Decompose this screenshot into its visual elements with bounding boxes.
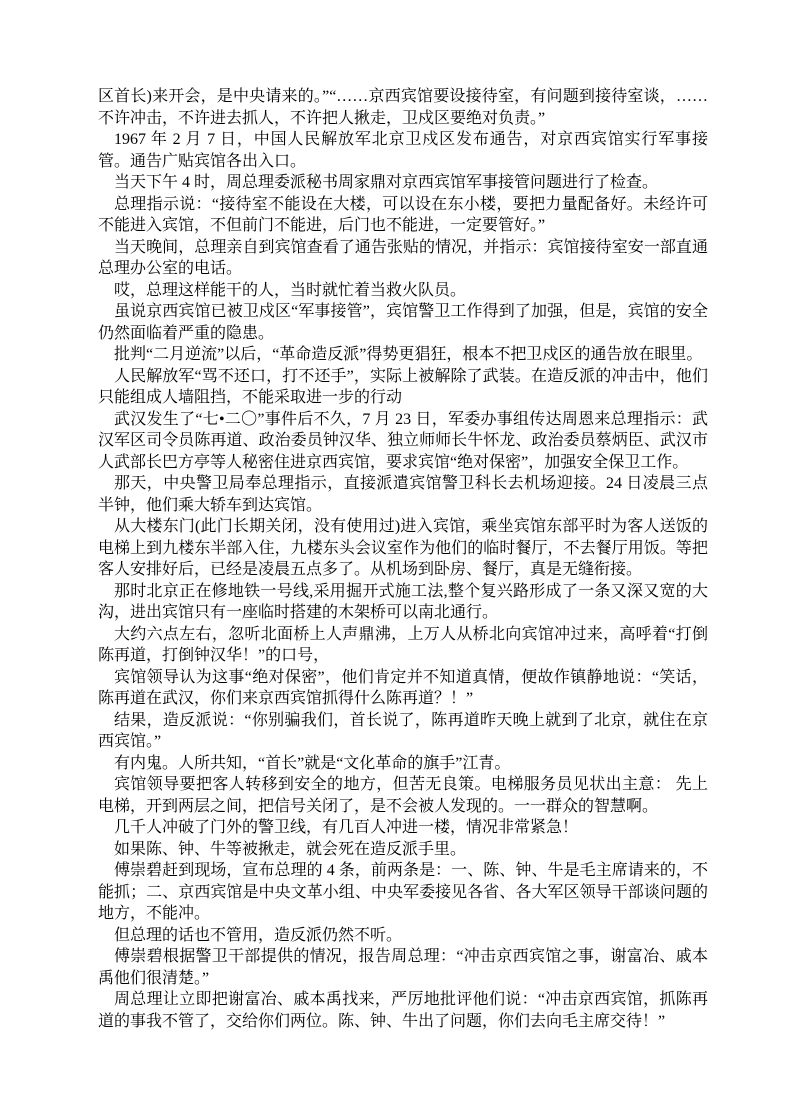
paragraph: 大约六点左右，忽听北面桥上人声鼎沸，上万人从桥北向宾馆冲过来，高呼着“打倒陈再道…: [98, 624, 708, 667]
paragraph: 宾馆领导要把客人转移到安全的地方，但苦无良策。电梯服务员见状出主意： 先上电梯，…: [98, 774, 708, 817]
paragraph: 总理指示说：“接待室不能设在大楼，可以设在东小楼，要把力量配备好。未经许可不能进…: [98, 194, 708, 237]
paragraph: 1967 年 2 月 7 日，中国人民解放军北京卫戍区发布通告，对京西宾馆实行军…: [98, 129, 708, 172]
document-text-block: 区首长)来开会，是中央请来的。”“……京西宾馆要设接待室，有问题到接待室谈，………: [98, 86, 708, 1032]
paragraph: 有内鬼。人所共知，“首长”就是“文化革命的旗手”江青。: [98, 753, 708, 775]
paragraph: 区首长)来开会，是中央请来的。”“……京西宾馆要设接待室，有问题到接待室谈，………: [98, 86, 708, 129]
paragraph: 武汉发生了“七•二〇”事件后不久，7 月 23 日，军委办事组传达周恩来总理指示…: [98, 409, 708, 474]
paragraph: 当天下午 4 时，周总理委派秘书周家鼎对京西宾馆军事接管问题进行了检查。: [98, 172, 708, 194]
paragraph: 人民解放军“骂不还口，打不还手”，实际上被解除了武装。在造反派的冲击中，他们只能…: [98, 366, 708, 409]
paragraph: 傅崇碧根据警卫干部提供的情况，报告周总理：“冲击京西宾馆之事，谢富冶、戚本禹他们…: [98, 946, 708, 989]
paragraph: 结果，造反派说：“你别骗我们，首长说了，陈再道昨天晚上就到了北京，就住在京西宾馆…: [98, 710, 708, 753]
paragraph: 宾馆领导认为这事“绝对保密”，他们肯定并不知道真情，便故作镇静地说：“笑话，陈再…: [98, 667, 708, 710]
paragraph: 那时北京正在修地铁一号线,采用掘开式施工法,整个复兴路形成了一条又深又宽的大沟，…: [98, 581, 708, 624]
paragraph: 但总理的话也不管用，造反派仍然不听。: [98, 925, 708, 947]
paragraph: 批判“二月逆流”以后，“革命造反派”得势更猖狂，根本不把卫戍区的通告放在眼里。: [98, 344, 708, 366]
document-page: 区首长)来开会，是中央请来的。”“……京西宾馆要设接待室，有问题到接待室谈，………: [0, 0, 800, 1100]
paragraph: 傅崇碧赶到现场，宣布总理的 4 条，前两条是：一、陈、钟、牛是毛主席请来的，不能…: [98, 860, 708, 925]
paragraph: 哎，总理这样能干的人，当时就忙着当救火队员。: [98, 280, 708, 302]
paragraph: 如果陈、钟、牛等被揪走，就会死在造反派手里。: [98, 839, 708, 861]
paragraph: 周总理让立即把谢富冶、戚本禹找来，严厉地批评他们说：“冲击京西宾馆，抓陈再道的事…: [98, 989, 708, 1032]
paragraph: 当天晚间，总理亲自到宾馆查看了通告张贴的情况，并指示：宾馆接待室安一部直通总理办…: [98, 237, 708, 280]
paragraph: 从大楼东门(此门长期关闭，没有使用过)进入宾馆，乘坐宾馆东部平时为客人送饭的电梯…: [98, 516, 708, 581]
paragraph: 那天，中央警卫局奉总理指示，直接派遣宾馆警卫科长去机场迎接。24 日凌晨三点半钟…: [98, 473, 708, 516]
paragraph: 虽说京西宾馆已被卫戍区“军事接管”，宾馆警卫工作得到了加强，但是，宾馆的安全仍然…: [98, 301, 708, 344]
paragraph: 几千人冲破了门外的警卫线，有几百人冲进一楼，情况非常紧急！: [98, 817, 708, 839]
